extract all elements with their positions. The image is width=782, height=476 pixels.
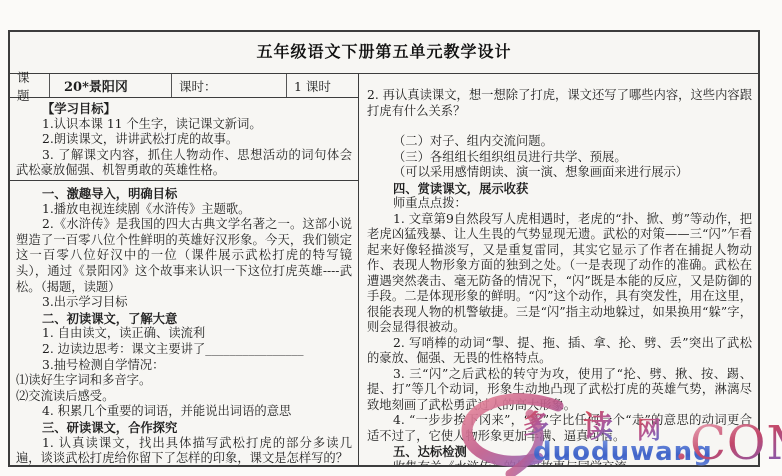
section-heading: 四、赏读课文，展示收获 xyxy=(367,181,752,197)
left-paragraph: 4. 积累几个重要的词语，并能说出词语的意思 xyxy=(16,404,352,420)
table-body: 课 题 20*景阳冈 课时： 1 课时 【学习目标】 1.认识本课 11 个生字… xyxy=(10,74,758,465)
section-heading: 三、研读课文，合作探究 xyxy=(16,420,352,436)
right-paragraph: 收集有关《水浒传》的好汉故事与同学交流 xyxy=(367,460,752,466)
left-paragraph: 3.出示学习目标 xyxy=(16,295,352,311)
left-paragraph: 2. 边读边思考：课文主要讲了________________ xyxy=(16,342,352,358)
subject-label: 课 题 xyxy=(10,74,50,97)
objective-item: 3. 了解课文内容，抓住人物动作、思想活动的词句体会武松豪放倔强、机智勇敢的英雄… xyxy=(16,148,352,179)
right-column: 2. 再认真读课文，想一想除了打虎，课文还写了哪些内容，这些内容跟打虎有什么关系… xyxy=(359,74,758,465)
section-heading: 二、初读课文，了解大意 xyxy=(16,311,352,327)
learning-objectives-cell: 【学习目标】 1.认识本课 11 个生字，读记课文新词。 2.朗读课文，讲讲武松… xyxy=(10,98,358,181)
subject-value: 20*景阳冈 xyxy=(50,74,172,97)
right-paragraph: （三）各组组长组织组员进行共学、预展。 xyxy=(367,150,752,166)
scanned-lesson-plan-page: 五年级语文下册第五单元教学设计 课 题 20*景阳冈 课时： 1 课时 【学习目… xyxy=(0,0,782,476)
title-row: 五年级语文下册第五单元教学设计 xyxy=(10,32,758,74)
right-paragraph: 2. 写哨棒的动词“掣、提、拖、插、拿、抡、劈、丢”突出了武松的豪放、倔强、无畏… xyxy=(367,336,752,367)
left-paragraph: ⑴读好生字词和多音字。 xyxy=(16,373,352,389)
left-paragraph: 2.《水浒传》是我国的四大古典文学名著之一。这部小说塑造了一百零八位个性鲜明的英… xyxy=(16,217,352,295)
right-paragraph: （二）对子、组内交流问题。 xyxy=(367,134,752,150)
section-heading: 五、达标检测 xyxy=(367,444,752,460)
teaching-process-cell: 一、激趣导入，明确目标 1.播放电视连续剧《水浒传》主题歌。 2.《水浒传》是我… xyxy=(10,181,358,465)
left-paragraph: 3.抽号检测自学情况： xyxy=(16,358,352,374)
lesson-plan-table: 五年级语文下册第五单元教学设计 课 题 20*景阳冈 课时： 1 课时 【学习目… xyxy=(8,30,760,467)
left-paragraph: 1. 认真读课文，找出具体描写武松打虎的部分多读几遍，谈谈武松打虎给你留下了怎样… xyxy=(16,436,352,466)
page-title: 五年级语文下册第五单元教学设计 xyxy=(256,39,511,62)
left-column: 课 题 20*景阳冈 课时： 1 课时 【学习目标】 1.认识本课 11 个生字… xyxy=(10,74,359,465)
periods-value: 1 课时 xyxy=(287,74,358,97)
objective-item: 2.朗读课文，讲讲武松打虎的故事。 xyxy=(16,132,352,148)
header-row: 课 题 20*景阳冈 课时： 1 课时 xyxy=(10,74,358,98)
objective-item: 1.认识本课 11 个生字，读记课文新词。 xyxy=(16,117,352,133)
right-paragraph: 4. “一步步挨下冈来”，“挨”字比任何一个“走”的意思的动词更合适不过了，它使… xyxy=(367,413,752,444)
left-paragraph: 1.播放电视连续剧《水浒传》主题歌。 xyxy=(16,202,352,218)
right-paragraph: 师重点点拨： xyxy=(367,196,752,212)
left-paragraph: 1. 自由读文，读正确、读流利 xyxy=(16,326,352,342)
left-paragraph: ⑵交流读后感受。 xyxy=(16,389,352,405)
right-paragraph: 1. 文章第9自然段写人虎相遇时，老虎的“扑、掀、剪”等动作，把老虎凶猛残暴、让… xyxy=(367,212,752,336)
right-paragraph: 2. 再认真读课文，想一想除了打虎，课文还写了哪些内容，这些内容跟打虎有什么关系… xyxy=(367,88,752,119)
objectives-heading: 【学习目标】 xyxy=(16,101,352,117)
right-paragraph: （可以采用感情朗读、演一演、想象画面来进行展示） xyxy=(367,165,752,181)
section-heading: 一、激趣导入，明确目标 xyxy=(16,186,352,202)
right-paragraph: 3. 三“闪”之后武松的转守为攻，使用了“抡、劈、揪、按、踢、提、打”等几个动词… xyxy=(367,367,752,414)
periods-label: 课时： xyxy=(172,74,287,97)
